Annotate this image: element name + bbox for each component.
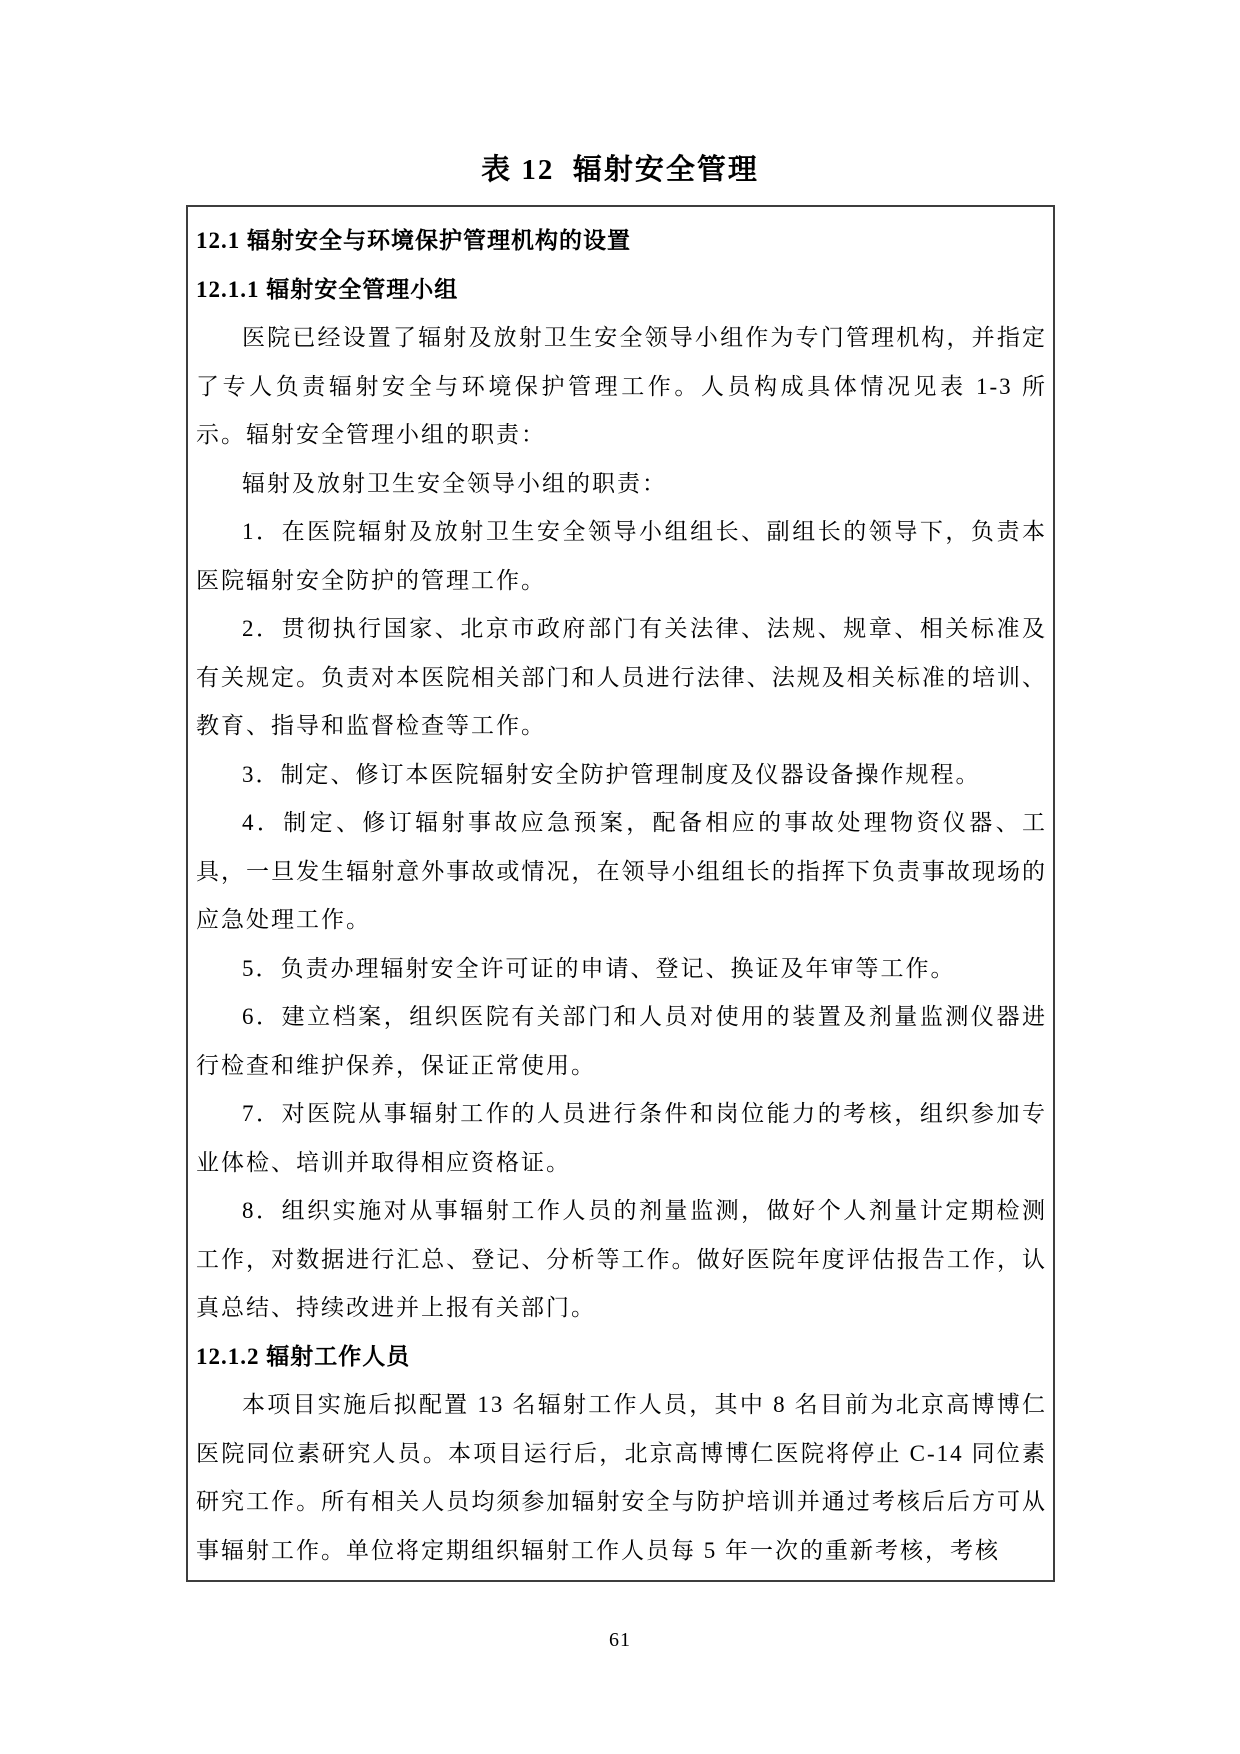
paragraph-duty-7: 7．对医院从事辐射工作的人员进行条件和岗位能力的考核，组织参加专业体检、培训并取… bbox=[196, 1090, 1047, 1187]
paragraph-duty-6: 6．建立档案，组织医院有关部门和人员对使用的装置及剂量监测仪器进行检查和维护保养… bbox=[196, 993, 1047, 1090]
paragraph-staff: 本项目实施后拟配置 13 名辐射工作人员，其中 8 名目前为北京高博博仁医院同位… bbox=[196, 1381, 1047, 1575]
paragraph-duty-8: 8．组织实施对从事辐射工作人员的剂量监测，做好个人剂量计定期检测工作，对数据进行… bbox=[196, 1187, 1047, 1333]
section-heading-12-1-1: 12.1.1 辐射安全管理小组 bbox=[196, 266, 1047, 315]
paragraph-duty-1: 1．在医院辐射及放射卫生安全领导小组组长、副组长的领导下，负责本医院辐射安全防护… bbox=[196, 508, 1047, 605]
page-title: 表 12 辐射安全管理 bbox=[0, 147, 1240, 188]
paragraph-intro: 医院已经设置了辐射及放射卫生安全领导小组作为专门管理机构，并指定了专人负责辐射安… bbox=[196, 314, 1047, 460]
paragraph-duty-4: 4．制定、修订辐射事故应急预案，配备相应的事故处理物资仪器、工具，一旦发生辐射意… bbox=[196, 799, 1047, 945]
section-heading-12-1: 12.1 辐射安全与环境保护管理机构的设置 bbox=[196, 217, 1047, 266]
section-heading-12-1-2: 12.1.2 辐射工作人员 bbox=[196, 1333, 1047, 1382]
content-border-box: 12.1 辐射安全与环境保护管理机构的设置 12.1.1 辐射安全管理小组 医院… bbox=[186, 205, 1055, 1582]
paragraph-duty-5: 5．负责办理辐射安全许可证的申请、登记、换证及年审等工作。 bbox=[196, 945, 1047, 994]
paragraph-duty-3: 3．制定、修订本医院辐射安全防护管理制度及仪器设备操作规程。 bbox=[196, 751, 1047, 800]
paragraph-duty-2: 2．贯彻执行国家、北京市政府部门有关法律、法规、规章、相关标准及有关规定。负责对… bbox=[196, 605, 1047, 751]
page-number: 61 bbox=[0, 1629, 1240, 1652]
paragraph-duties-lead: 辐射及放射卫生安全领导小组的职责： bbox=[196, 460, 1047, 509]
